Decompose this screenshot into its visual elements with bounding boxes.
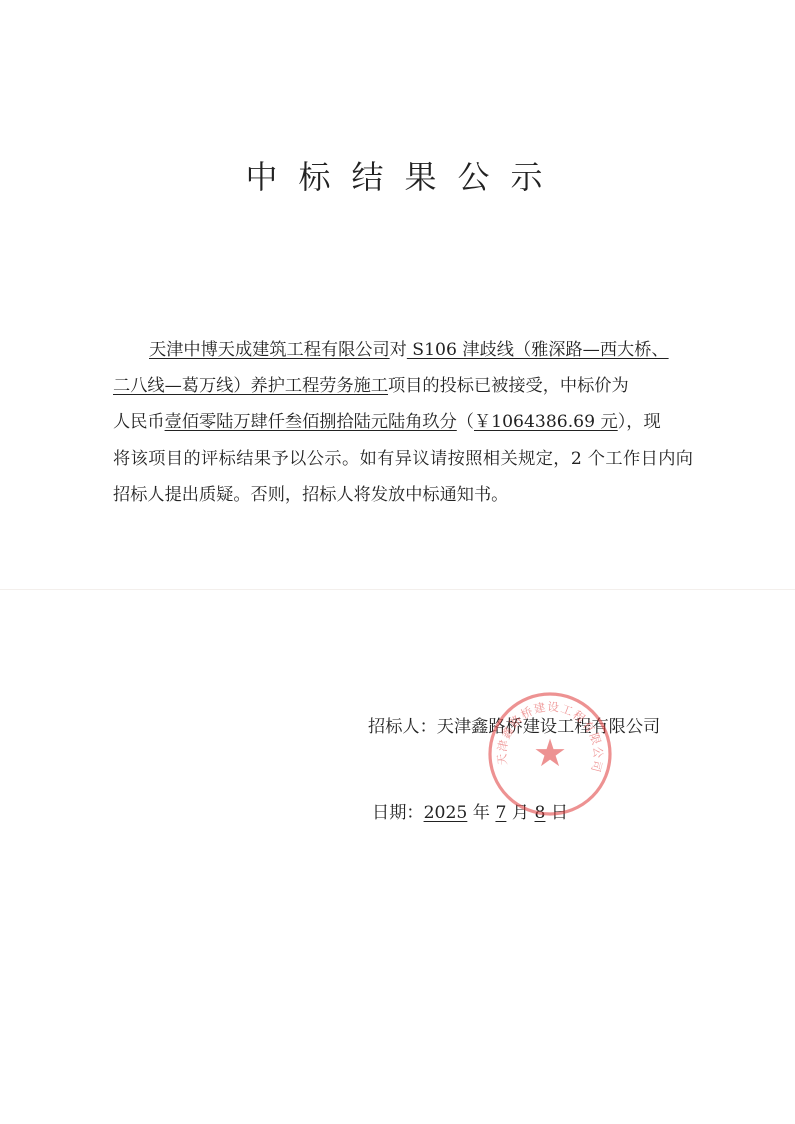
paren-close: ），现 <box>618 412 661 432</box>
amount-numeric: ￥1064386.69 元 <box>474 412 618 432</box>
connector-text: 对 <box>390 340 407 360</box>
currency-label: 人民币 <box>113 412 165 432</box>
seal-ring-text: 天津鑫路桥建设工程有限公司 <box>495 700 606 775</box>
project-name-part2: 二八线—葛万线）养护工程劳务施工 <box>113 376 388 396</box>
project-name-part1: S106 津歧线（雅深路—西大桥、 <box>407 340 669 360</box>
paren-open: （ <box>457 412 474 432</box>
svg-text:天津鑫路桥建设工程有限公司: 天津鑫路桥建设工程有限公司 <box>495 700 606 775</box>
date-year-unit: 年 <box>467 803 495 823</box>
tenderer-line: 招标人：天津鑫路桥建设工程有限公司 <box>368 712 660 737</box>
date-year: 2025 <box>424 803 468 823</box>
date-line: 日期：2025 年 7 月 8 日 <box>372 798 568 823</box>
amount-in-words: 壹佰零陆万肆仟叁佰捌拾陆元陆角玖分 <box>165 412 457 432</box>
tenderer-name: 天津鑫路桥建设工程有限公司 <box>437 717 660 737</box>
date-day-unit: 日 <box>545 803 568 823</box>
acceptance-text: 项目的投标已被接受，中标价为 <box>388 376 629 396</box>
seal-star: ★ <box>533 731 567 775</box>
date-month: 7 <box>495 803 506 823</box>
page-title: 中标结果公示 <box>0 152 795 198</box>
date-label: 日期： <box>372 803 424 823</box>
objection-text: 将该项目的评标结果予以公示。如有异议请按照相关规定，2 个工作日内向招标人提出质… <box>113 449 693 505</box>
tenderer-label: 招标人： <box>368 717 437 737</box>
winner-name: 天津中博天成建筑工程有限公司 <box>149 340 390 360</box>
document-page: 中标结果公示 天津中博天成建筑工程有限公司对 S106 津歧线（雅深路—西大桥、… <box>0 0 795 1124</box>
date-day: 8 <box>535 803 546 823</box>
date-month-unit: 月 <box>506 803 534 823</box>
notice-paragraph: 天津中博天成建筑工程有限公司对 S106 津歧线（雅深路—西大桥、二八线—葛万线… <box>113 332 693 513</box>
scan-divider-line <box>0 589 795 590</box>
